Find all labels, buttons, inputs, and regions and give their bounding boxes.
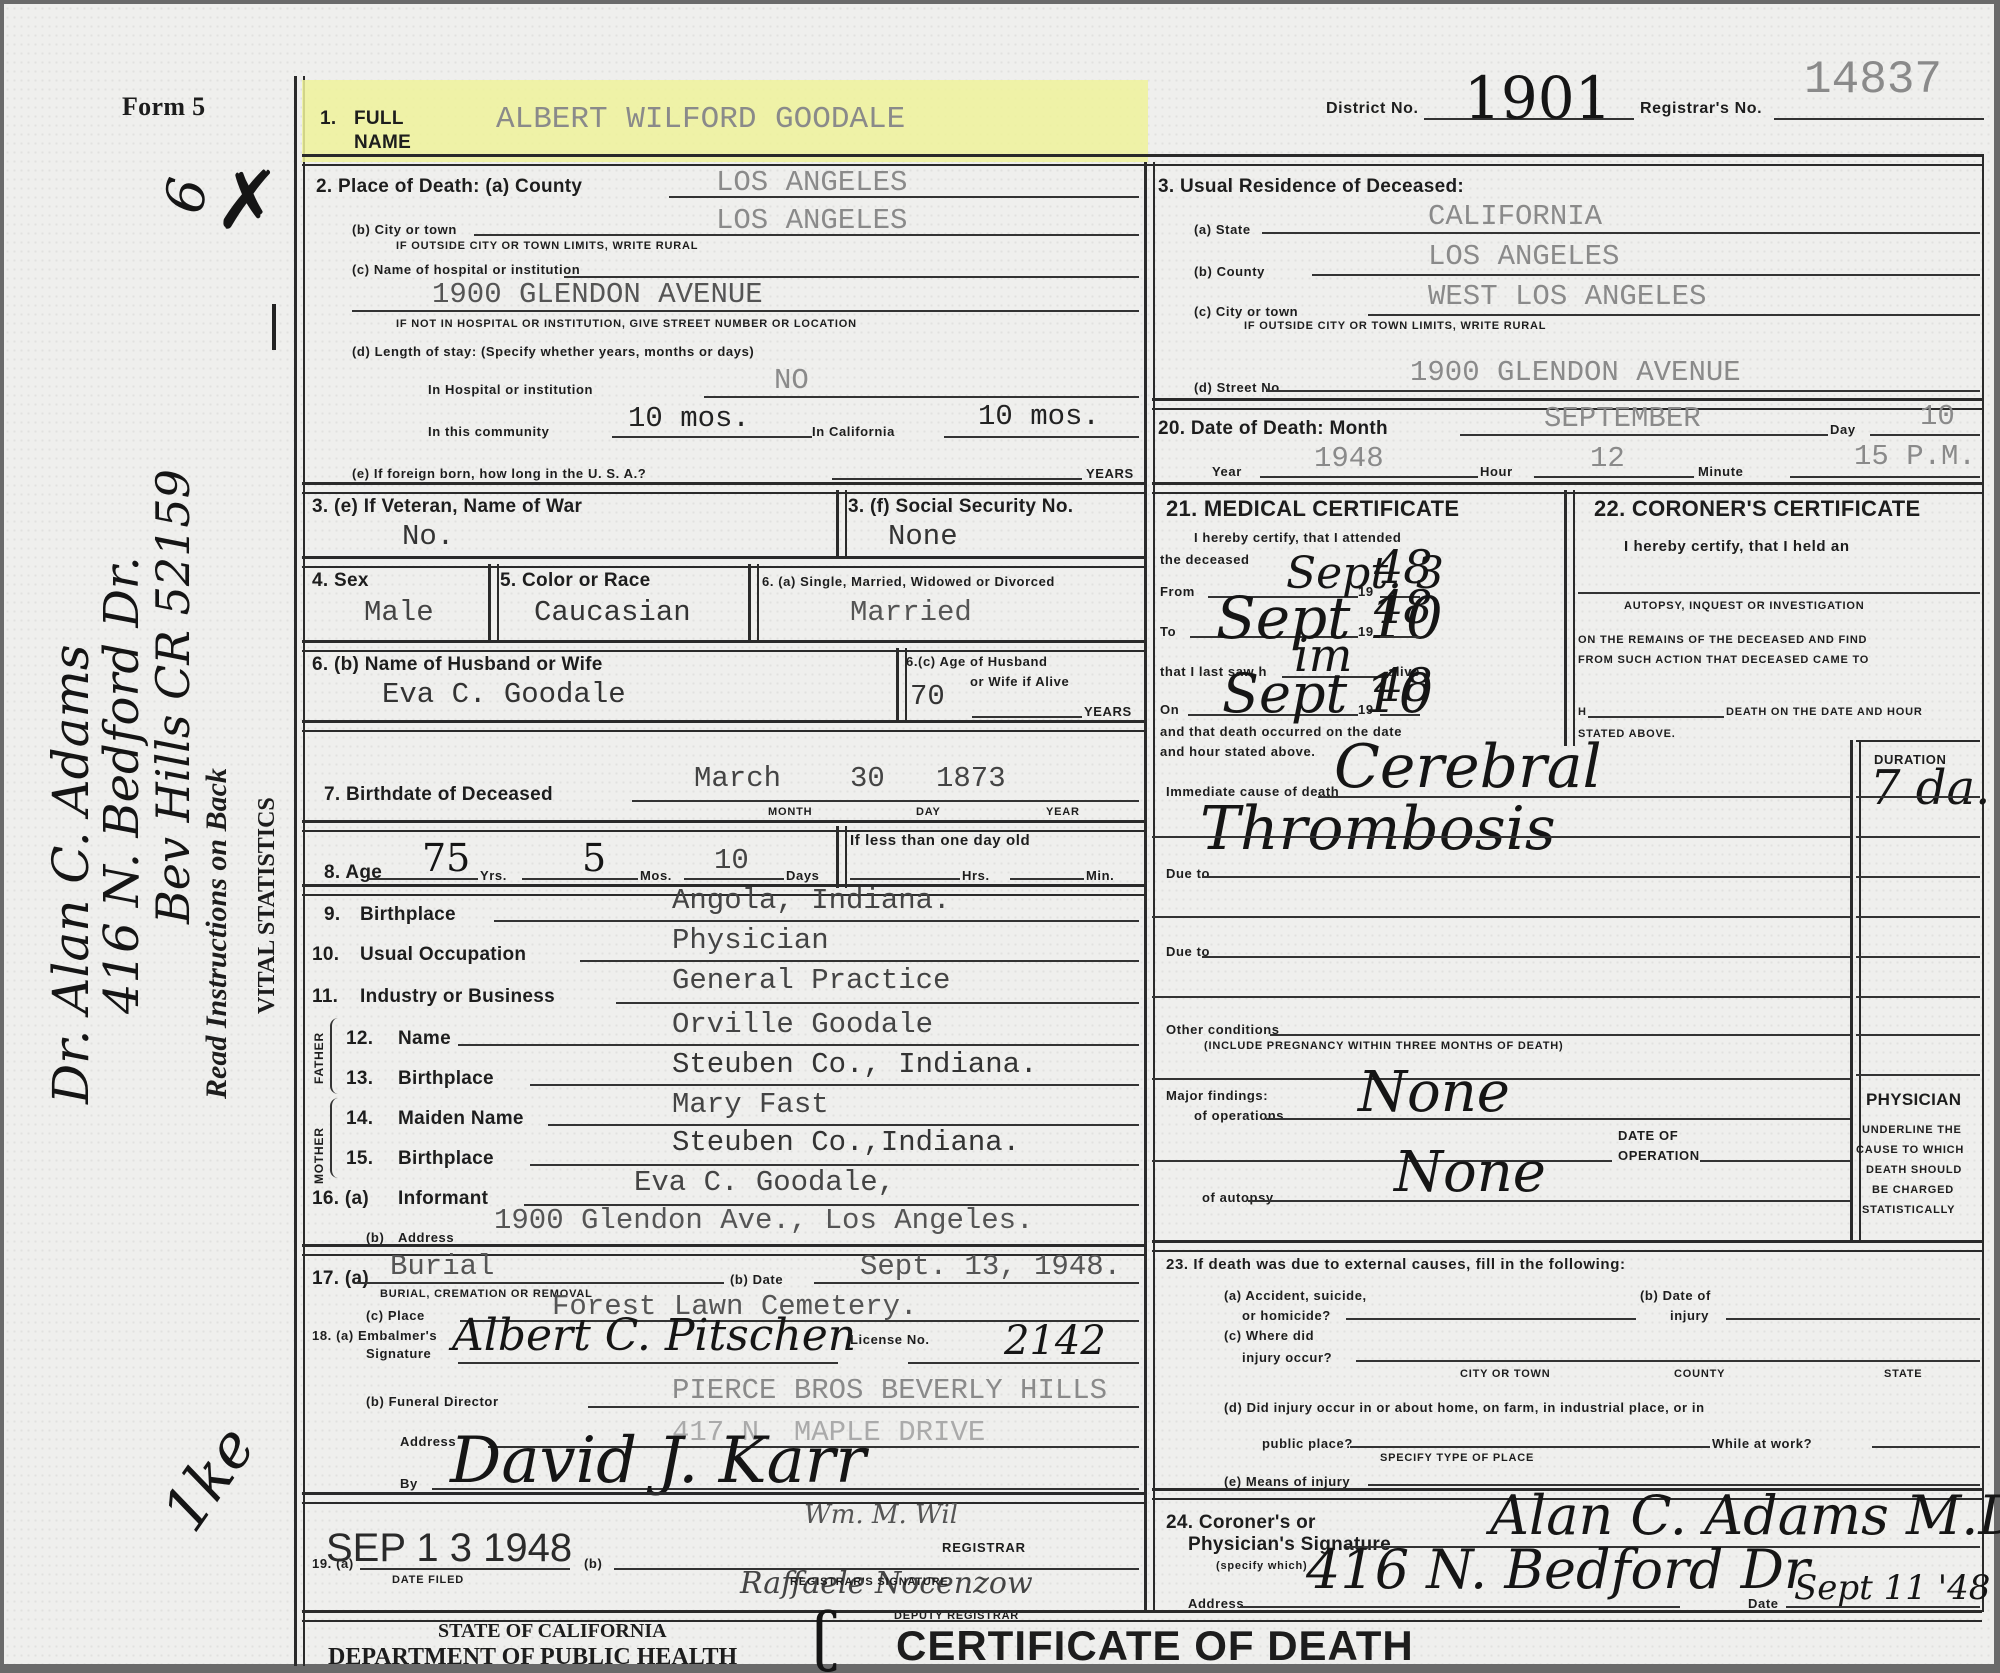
side-handwriting-line2: 416 N. Bedford Dr.	[94, 556, 150, 1014]
community-value: 10 mos.	[628, 402, 750, 435]
disposition-label: 17. (a)	[312, 1268, 369, 1290]
spouse-age-value: 70	[910, 680, 945, 713]
cause-line-4	[1152, 916, 1850, 918]
full-name-label-b: NAME	[354, 132, 411, 154]
age-months-label: Mos.	[640, 868, 672, 883]
signature-label-3: (specify which)	[1216, 1560, 1307, 1572]
duration-top-rule	[1856, 740, 1980, 742]
accident-label-1: (a) Accident, suicide,	[1224, 1288, 1367, 1303]
major-findings-label-2: of operations	[1194, 1108, 1284, 1123]
age-years-value: 75	[422, 836, 470, 880]
accident-label-2: or homicide?	[1242, 1308, 1331, 1323]
res-city-note: IF OUTSIDE CITY OR TOWN LIMITS, WRITE RU…	[1244, 320, 1546, 332]
item16b-label: Address	[398, 1230, 454, 1245]
injury-date-label-2: injury	[1670, 1308, 1709, 1323]
date-filed-caption: DATE FILED	[392, 1574, 464, 1586]
signer-date-label: Date	[1748, 1596, 1779, 1611]
res-county-value: LOS ANGELES	[1428, 240, 1619, 273]
registrar-caption: REGISTRAR	[942, 1540, 1026, 1555]
accident-underline	[1346, 1318, 1636, 1320]
item14-label: Maiden Name	[398, 1108, 524, 1130]
other-conditions-label: Other conditions	[1166, 1022, 1280, 1037]
form-label: Form 5	[122, 92, 205, 122]
item13-num: 13.	[346, 1068, 373, 1090]
due-to-label-1: Due to	[1166, 866, 1210, 881]
death-county-value: LOS ANGELES	[716, 166, 907, 199]
california-underline	[944, 436, 1139, 438]
coroner-line3: FROM SUCH ACTION THAT DECEASED CAME TO	[1578, 654, 1869, 666]
injury-place-label-1: (d) Did injury occur in or about home, o…	[1224, 1400, 1705, 1415]
physician-note-5: STATISTICALLY	[1862, 1204, 1955, 1216]
age-months-underline	[522, 878, 638, 880]
spouse-age-underline	[972, 716, 1082, 718]
external-causes-label: 23. If death was due to external causes,…	[1166, 1256, 1626, 1273]
birth-month-value: March	[694, 762, 781, 795]
operations-value: None	[1358, 1060, 1510, 1125]
item16a-label: Informant	[398, 1188, 488, 1210]
death-certificate-page: Form 5 6 ✗ Dr. Alan C. Adams 416 N. Bedf…	[4, 4, 1994, 1664]
duration-line-7	[1856, 1034, 1980, 1036]
coroner-cert-title: 22. CORONER'S CERTIFICATE	[1594, 496, 1920, 522]
death-day-value: 10	[1920, 400, 1955, 433]
form-left-border	[294, 76, 305, 1666]
item11-underline	[616, 1002, 1139, 1004]
coroner-line1: I hereby certify, that I held an	[1624, 538, 1850, 555]
rule-row3-top-left	[302, 482, 1144, 494]
from-label: From	[1160, 584, 1195, 599]
physician-note-title: PHYSICIAN	[1866, 1090, 1961, 1110]
major-findings-label-1: Major findings:	[1166, 1088, 1268, 1103]
death-year-label: Year	[1212, 464, 1242, 479]
medical-cert-title: 21. MEDICAL CERTIFICATE	[1166, 496, 1459, 522]
item15-num: 15.	[346, 1148, 373, 1170]
due-to-underline-1	[1202, 876, 1850, 878]
res-street-value: 1900 GLENDON AVENUE	[1410, 356, 1741, 389]
item11-label: Industry or Business	[360, 986, 555, 1008]
operations-underline	[1266, 1118, 1850, 1120]
side-handwriting-line3: Bev Hills CR 52159	[146, 469, 200, 924]
item13-underline	[530, 1084, 1139, 1086]
side-instructions-text: Read Instructions on Back	[200, 768, 234, 1099]
registrar-underline	[1774, 118, 1984, 120]
res-street-label: (d) Street No.	[1194, 380, 1284, 395]
industry-value: General Practice	[672, 964, 950, 997]
duration-line-8	[1856, 1074, 1980, 1076]
spouse-age-unit: YEARS	[1084, 704, 1132, 719]
duration-line-1	[1856, 796, 1980, 798]
duration-line-4	[1856, 916, 1980, 918]
coroner-caption: AUTOPSY, INQUEST OR INVESTIGATION	[1624, 600, 1865, 612]
res-state-underline	[1262, 232, 1980, 234]
full-name-label-a: FULL	[354, 108, 404, 130]
informant-address-value: 1900 Glendon Ave., Los Angeles.	[494, 1204, 1034, 1237]
father-bracket	[330, 1018, 340, 1094]
item9-underline	[494, 920, 1139, 922]
full-name-label-num: 1.	[320, 108, 336, 130]
father-name-value: Orville Goodale	[672, 1008, 933, 1041]
in-hospital-label: In Hospital or institution	[428, 382, 593, 397]
ssn-label: 3. (f) Social Security No.	[848, 496, 1073, 518]
embalmer-label-2: Signature	[366, 1346, 431, 1361]
duration-line-3	[1856, 876, 1980, 878]
rule-row4-top	[302, 556, 1144, 568]
margin-mark-1ke: 1ke	[149, 1414, 269, 1544]
marital-value: Married	[850, 596, 972, 629]
birthdate-underline	[632, 800, 1139, 802]
birth-day-value: 30	[850, 762, 885, 795]
marital-label: 6. (a) Single, Married, Widowed or Divor…	[762, 574, 1055, 589]
age-months-value: 5	[582, 836, 606, 880]
residence-label: 3. Usual Residence of Deceased:	[1158, 176, 1464, 198]
death-minute-value: 15 P.M.	[1854, 440, 1976, 473]
rule-row5-top	[302, 640, 1144, 652]
medical-cert-line1: I hereby certify, that I attended	[1194, 530, 1401, 545]
item11-num: 11.	[312, 986, 338, 1008]
date-of-death-label: 20. Date of Death: Month	[1158, 418, 1388, 440]
rule-row7-top	[302, 820, 1144, 832]
to-year-underline	[1380, 636, 1420, 638]
initial-mark-icon: ʗ	[812, 1600, 839, 1673]
veteran-label: 3. (e) If Veteran, Name of War	[312, 496, 582, 518]
cause-line-6	[1152, 996, 1850, 998]
item10-underline	[580, 960, 1139, 962]
mother-bracket-label: MOTHER	[312, 1127, 326, 1184]
where-injury-label-1: (c) Where did	[1224, 1328, 1314, 1343]
signer-address-value: 416 N. Bedford Dr	[1306, 1538, 1810, 1601]
funeral-address-label: Address	[400, 1434, 456, 1449]
to-label: To	[1160, 624, 1176, 639]
ssn-value: None	[888, 520, 958, 553]
item9-num: 9.	[324, 904, 340, 926]
date-filed-stamp: SEP 1 3 1948	[326, 1526, 572, 1571]
death-minute-underline	[1790, 476, 1980, 478]
coroner-line2: ON THE REMAINS OF THE DECEASED AND FIND	[1578, 634, 1867, 646]
rule-row6-top	[302, 720, 1144, 732]
item12-underline	[458, 1044, 1139, 1046]
on-year-underline	[1380, 714, 1420, 716]
immediate-cause-value-1: Cerebral	[1334, 732, 1602, 802]
veteran-value: No.	[402, 520, 454, 553]
item12-num: 12.	[346, 1028, 373, 1050]
item12-label: Name	[398, 1028, 451, 1050]
mother-bracket	[330, 1098, 340, 1178]
birthdate-label: 7. Birthdate of Deceased	[324, 784, 553, 806]
spouse-age-label-1: 6.(c) Age of Husband	[906, 654, 1048, 669]
duration-line-2	[1856, 836, 1980, 838]
coroner-underline	[1578, 592, 1980, 594]
race-value: Caucasian	[534, 596, 691, 629]
closing-line-2: and hour stated above.	[1160, 744, 1316, 759]
race-label: 5. Color or Race	[500, 570, 651, 592]
item16a-num: 16. (a)	[312, 1188, 369, 1210]
death-year-value: 1948	[1314, 442, 1384, 475]
age-days-value: 10	[714, 844, 749, 877]
other-conditions-note: (INCLUDE PREGNANCY WITHIN THREE MONTHS O…	[1204, 1040, 1563, 1052]
disposition-value: Burial	[390, 1250, 494, 1283]
birth-month-caption: MONTH	[768, 806, 812, 818]
duration-line-5	[1856, 956, 1980, 958]
other-conditions-underline	[1270, 1034, 1850, 1036]
to-year-value: 48	[1374, 580, 1433, 634]
item10-label: Usual Occupation	[360, 944, 526, 966]
mother-maiden-value: Mary Fast	[672, 1088, 829, 1121]
divider-less-than-day	[836, 826, 847, 888]
less-hrs-underline	[850, 878, 960, 880]
sex-value: Male	[364, 596, 434, 629]
spouse-name-value: Eva C. Goodale	[382, 678, 626, 711]
length-of-stay-label: (d) Length of stay: (Specify whether yea…	[352, 344, 754, 359]
birth-day-caption: DAY	[916, 806, 941, 818]
disposition-date-label: (b) Date	[730, 1272, 783, 1287]
less-min-underline	[1010, 878, 1084, 880]
death-month-value: SEPTEMBER	[1544, 402, 1701, 435]
on-label: On	[1160, 702, 1179, 717]
to-century: 19	[1358, 624, 1374, 639]
spouse-age-label-2: or Wife if Alive	[970, 674, 1069, 689]
sex-label: 4. Sex	[312, 570, 369, 592]
injury-place-caption: SPECIFY TYPE OF PLACE	[1380, 1452, 1534, 1464]
due-to-underline-2	[1202, 956, 1850, 958]
california-value: 10 mos.	[978, 400, 1100, 433]
registrar-no-label: Registrar's No.	[1640, 100, 1762, 118]
in-hospital-value: NO	[774, 364, 809, 397]
margin-mark-6: 6	[152, 173, 220, 218]
item10-num: 10.	[312, 944, 339, 966]
in-hospital-underline	[704, 396, 1139, 398]
date-op-underline	[1700, 1160, 1850, 1162]
means-of-injury-label: (e) Means of injury	[1224, 1474, 1350, 1489]
birthplace-value: Angola, Indiana.	[672, 884, 950, 917]
res-state-label: (a) State	[1194, 222, 1251, 237]
physician-note-1: UNDERLINE THE	[1862, 1124, 1962, 1136]
where-injury-label-2: injury occur?	[1242, 1350, 1332, 1365]
margin-mark-x: ✗	[214, 154, 281, 247]
duration-value: 7 da.	[1870, 760, 1990, 816]
death-day-underline	[1870, 434, 1980, 436]
item9-label: Birthplace	[360, 904, 456, 926]
less-than-day-label: If less than one day old	[850, 832, 1030, 849]
district-label: District No.	[1326, 100, 1419, 118]
father-bracket-label: FATHER	[312, 1032, 326, 1084]
divider-duration	[1850, 740, 1861, 1240]
death-city-label: (b) City or town	[352, 222, 457, 237]
embalmer-label-1: 18. (a) Embalmer's	[312, 1328, 437, 1343]
coroner-line4-b: DEATH ON THE DATE AND HOUR	[1726, 706, 1923, 718]
birth-year-value: 1873	[936, 762, 1006, 795]
embalmer-signature: Albert C. Pitschen	[452, 1310, 856, 1361]
signature-label-1: 24. Coroner's or	[1166, 1512, 1316, 1534]
center-divider	[1144, 162, 1155, 1612]
age-label: 8. Age	[324, 862, 382, 884]
hospital-value: 1900 GLENDON AVENUE	[432, 278, 763, 311]
res-county-underline	[1312, 274, 1980, 276]
license-label: License No.	[850, 1332, 930, 1347]
registrar-no-value: 14837	[1804, 54, 1942, 106]
res-county-label: (b) County	[1194, 264, 1265, 279]
margin-mark-dash	[272, 304, 276, 350]
where-injury-underline	[1356, 1360, 1980, 1362]
age-days-label: Days	[786, 868, 819, 883]
injury-date-underline	[1726, 1318, 1980, 1320]
physician-note-3: DEATH SHOULD	[1866, 1164, 1962, 1176]
informant-value: Eva C. Goodale,	[634, 1166, 895, 1199]
hospital-line2	[352, 310, 1139, 312]
death-hour-label: Hour	[1480, 464, 1513, 479]
father-birthplace-value: Steuben Co., Indiana.	[672, 1048, 1037, 1081]
less-hrs-label: Hrs.	[962, 868, 990, 883]
place-of-death-label: 2. Place of Death: (a) County	[316, 176, 582, 198]
medical-cert-line2: the deceased	[1160, 552, 1250, 567]
occupation-value: Physician	[672, 924, 829, 957]
registrar-sig-label: (b)	[584, 1556, 602, 1571]
item14-num: 14.	[346, 1108, 373, 1130]
while-at-work-label: While at work?	[1712, 1436, 1812, 1451]
injury-date-label-1: (b) Date of	[1640, 1288, 1711, 1303]
birth-year-caption: YEAR	[1046, 806, 1080, 818]
spouse-name-label: 6. (b) Name of Husband or Wife	[312, 654, 603, 676]
side-vital-statistics: VITAL STATISTICS	[254, 797, 281, 1014]
foreign-underline	[832, 478, 1082, 480]
autopsy-label: of autopsy	[1202, 1190, 1274, 1205]
city-caption: CITY OR TOWN	[1460, 1368, 1550, 1380]
mother-birthplace-value: Steuben Co.,Indiana.	[672, 1126, 1020, 1159]
death-minute-label: Minute	[1698, 464, 1743, 479]
death-day-label: Day	[1830, 422, 1856, 437]
injury-place-underline	[1350, 1446, 1710, 1448]
coroner-cause-underline	[1588, 716, 1724, 718]
divider-race	[488, 564, 499, 640]
death-hour-underline	[1534, 476, 1694, 478]
agency-line-2: DEPARTMENT OF PUBLIC HEALTH	[328, 1644, 737, 1671]
less-min-label: Min.	[1086, 868, 1114, 883]
right-border	[1982, 154, 1984, 1612]
injury-place-label-2: public place?	[1262, 1436, 1353, 1451]
signer-address-label: Address	[1188, 1596, 1244, 1611]
res-state-value: CALIFORNIA	[1428, 200, 1602, 233]
autopsy-value: None	[1394, 1140, 1546, 1205]
signer-address-underline	[1240, 1606, 1680, 1608]
date-op-label-1: DATE OF	[1618, 1128, 1678, 1143]
embalmer-underline	[458, 1362, 838, 1364]
death-city-value: LOS ANGELES	[716, 204, 907, 237]
divider-marital	[748, 564, 759, 640]
side-handwriting-line1: Dr. Alan C. Adams	[42, 644, 100, 1104]
autopsy-underline	[1248, 1200, 1850, 1202]
california-label: In California	[812, 424, 895, 439]
res-street-underline	[1266, 390, 1980, 392]
rule-top	[302, 154, 1982, 166]
by-signature: David J. Karr	[450, 1424, 866, 1498]
on-century: 19	[1358, 702, 1374, 717]
county-caption: COUNTY	[1674, 1368, 1725, 1380]
community-label: In this community	[428, 424, 549, 439]
item16b-num: (b)	[366, 1230, 384, 1245]
physician-note-4: BE CHARGED	[1872, 1184, 1954, 1196]
res-city-underline	[1368, 314, 1980, 316]
death-hour-value: 12	[1590, 442, 1625, 475]
on-year-value: 48	[1374, 658, 1433, 712]
foreign-unit: YEARS	[1086, 466, 1134, 481]
item13-label: Birthplace	[398, 1068, 494, 1090]
divider-21-22	[1564, 490, 1575, 746]
physician-note-2: CAUSE TO WHICH	[1856, 1144, 1964, 1156]
death-year-underline	[1260, 476, 1478, 478]
full-name-value: ALBERT WILFORD GOODALE	[496, 102, 905, 137]
age-days-underline	[684, 878, 784, 880]
cause-line-2	[1152, 836, 1850, 838]
date-op-label-2: OPERATION	[1618, 1148, 1700, 1163]
state-caption: STATE	[1884, 1368, 1922, 1380]
district-value: 1901	[1464, 64, 1612, 132]
res-city-label: (c) City or town	[1194, 304, 1298, 319]
community-underline	[612, 436, 812, 438]
by-label: By	[400, 1476, 418, 1491]
signer-date-value: Sept 11 '48	[1794, 1568, 1990, 1608]
foreign-born-label: (e) If foreign born, how long in the U. …	[352, 466, 646, 481]
rule-item23-top	[1152, 1240, 1982, 1252]
age-years-label: Yrs.	[480, 868, 507, 883]
duration-line-6	[1856, 996, 1980, 998]
funeral-director-value: PIERCE BROS BEVERLY HILLS	[672, 1374, 1107, 1407]
divider-ssn	[836, 490, 847, 556]
registrar-signature: Wm. M. Wil	[804, 1500, 958, 1530]
registrar-sig-caption: REGISTRAR'S SIGNATURE	[790, 1576, 949, 1588]
certificate-title: CERTIFICATE OF DEATH	[896, 1622, 1414, 1670]
while-at-work-underline	[1872, 1446, 1980, 1448]
hospital-note: IF NOT IN HOSPITAL OR INSTITUTION, GIVE …	[396, 318, 857, 330]
disposition-date-value: Sept. 13, 1948.	[860, 1250, 1121, 1283]
date-filed-underline	[360, 1568, 570, 1570]
item15-label: Birthplace	[398, 1148, 494, 1170]
rule-row19-top	[302, 1492, 1144, 1504]
immediate-cause-value-2: Thrombosis	[1200, 794, 1556, 864]
res-city-value: WEST LOS ANGELES	[1428, 280, 1706, 313]
death-city-note: IF OUTSIDE CITY OR TOWN LIMITS, WRITE RU…	[396, 240, 698, 252]
agency-line-1: STATE OF CALIFORNIA	[438, 1620, 667, 1643]
hospital-label: (c) Name of hospital or institution	[352, 262, 580, 277]
coroner-line4-a: H	[1578, 706, 1587, 718]
funeral-director-label: (b) Funeral Director	[366, 1394, 499, 1409]
license-value: 2142	[1004, 1318, 1106, 1364]
disposition-place-label: (c) Place	[366, 1308, 425, 1323]
